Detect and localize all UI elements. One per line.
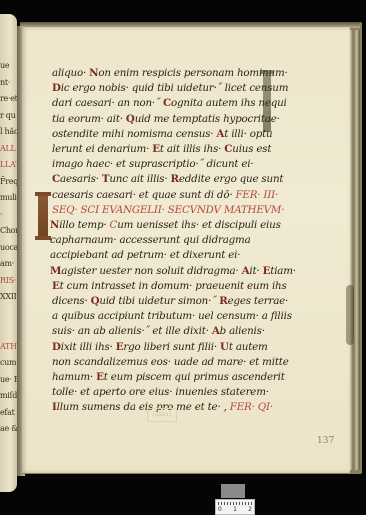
capital-letter: E xyxy=(152,143,160,155)
text-run: it· xyxy=(249,265,262,277)
text-run: suis· an ab alienis·˝ et ille dixit· xyxy=(52,325,212,337)
facing-page-fragment: cum xyxy=(0,359,16,367)
decorated-initial-left xyxy=(38,192,48,240)
facing-page-fragment: miſd xyxy=(0,392,17,400)
capital-letter: D xyxy=(52,82,61,94)
manuscript-line: Dixit illi ihs· Ergo liberi sunt filii· … xyxy=(52,340,268,354)
text-run: tia eorum· ait· xyxy=(52,113,126,125)
facing-page-fragment: · xyxy=(0,211,2,219)
facing-page-fragment: r qu xyxy=(0,112,15,120)
manuscript-line: ostendite mihi nomisma census· At illi· … xyxy=(52,127,272,141)
text-run: aesaris· xyxy=(60,173,102,185)
text-run: unc ait illis· xyxy=(109,173,170,185)
manuscript-line: Nillo temp· Cum uenisset ihs· et discipu… xyxy=(50,218,281,232)
ruler-label: 2 xyxy=(248,506,252,513)
ruler-labels: 0 1 2 xyxy=(218,506,252,513)
facing-page-fragment: Chor xyxy=(0,227,17,235)
text-run: accipiebant ad petrum· et dixerunt ei· xyxy=(50,249,240,261)
manuscript-line: accipiebant ad petrum· et dixerunt ei· xyxy=(50,248,240,262)
ruler-label: 1 xyxy=(233,506,237,513)
facing-page-verso: uent·re·etr qul hăcALLLLATF̄reqmulit·Cho… xyxy=(0,14,17,492)
text-run: aliquo· xyxy=(52,67,89,79)
capital-letter: N xyxy=(50,219,59,231)
manuscript-line: tia eorum· ait· Quid me temptatis hypocr… xyxy=(52,112,280,126)
text-run: hamum· xyxy=(52,371,96,383)
text-run: t ait illis ihs· xyxy=(160,143,224,155)
facing-page-fragment: ATHEV xyxy=(0,343,17,351)
text-run: b alienis· xyxy=(220,325,265,337)
text-run: rgo liberi sunt filii· xyxy=(123,341,220,353)
text-run: eddite ergo que sunt xyxy=(179,173,283,185)
capital-letter: N xyxy=(89,67,98,79)
text-run: a quibus accipiunt tributum· uel censum·… xyxy=(52,310,292,322)
rubric-text: FER· QI· xyxy=(230,401,273,413)
text-run: lerunt ei denarium· xyxy=(52,143,152,155)
text-run: capharnaum· accesserunt qui didragma xyxy=(50,234,251,246)
manuscript-line: suis· an ab alienis·˝ et ille dixit· Ab … xyxy=(52,324,265,338)
capital-letter: R xyxy=(219,295,227,307)
facing-page-fragment: am· xyxy=(0,260,14,268)
capital-letter: D xyxy=(52,341,61,353)
scale-ruler: 0 1 2 xyxy=(215,499,255,515)
manuscript-line: lerunt ei denarium· Et ait illis ihs· Cu… xyxy=(52,142,271,156)
text-run: ixit illi ihs· xyxy=(61,341,116,353)
text-run: dicens· xyxy=(52,295,91,307)
text-run: tolle· et aperto ore eius· inuenies stat… xyxy=(52,386,269,398)
capital-letter: U xyxy=(220,341,229,353)
capital-letter: Q xyxy=(126,113,135,125)
facing-page-fragment: LLAT xyxy=(0,161,17,169)
facing-page-fragment: XXIII xyxy=(0,293,17,301)
text-run: t illi· optu xyxy=(224,128,272,140)
grey-color-card xyxy=(221,484,245,498)
capital-letter: M xyxy=(50,265,61,277)
capital-letter: A xyxy=(212,325,220,337)
facing-page-fragment: nt· xyxy=(0,79,10,87)
text-run: caesaris caesari· et quae sunt di dō· xyxy=(52,189,235,201)
text-run: non scandalizemus eos· uade ad mare· et … xyxy=(52,356,289,368)
manuscript-line: imago haec· et suprascriptio·˝ dicunt ei… xyxy=(52,157,253,171)
manuscript-line: Et cum intrasset in domum· praeuenit eum… xyxy=(52,279,287,293)
facing-page-fragment: re·et xyxy=(0,95,17,103)
manuscript-line: capharnaum· accesserunt qui didragma xyxy=(50,233,251,247)
text-run: uid me temptatis hypocritae· xyxy=(135,113,280,125)
facing-page-fragment: l hăc xyxy=(0,128,17,136)
rubric-text: FER· III· xyxy=(235,189,278,201)
text-run: uius est xyxy=(232,143,271,155)
facing-page-fragment: uocae xyxy=(0,244,17,252)
capital-letter: R xyxy=(171,173,179,185)
text-run: llum sumens da eis pro me et te· , xyxy=(57,401,230,413)
ruler-label: 0 xyxy=(218,506,222,513)
manuscript-line: dari caesari· an non·˝ Cognita autem ihs… xyxy=(52,96,287,110)
page-fore-edge xyxy=(350,30,360,470)
text-run: on enim respicis personam hominum· xyxy=(98,67,287,79)
folio-number: 137 xyxy=(317,436,334,446)
facing-page-fragment: efat xyxy=(0,409,14,417)
manuscript-line: a quibus accipiunt tributum· uel censum·… xyxy=(52,309,292,323)
manuscript-line: Dic ergo nobis· quid tibi uidetur·˝ lice… xyxy=(52,81,288,95)
text-run: agister uester non soluit didragma· xyxy=(61,265,241,277)
text-run: dari caesari· an non·˝ xyxy=(52,97,163,109)
ruler-ticks xyxy=(218,502,252,505)
facing-page-fragment: F̄req xyxy=(0,178,17,186)
manuscript-line: Caesaris· Tunc ait illis· Reddite ergo q… xyxy=(52,172,283,186)
capital-letter: E xyxy=(52,280,60,292)
margin-stain xyxy=(346,285,354,345)
facing-page-fragment: mulit xyxy=(0,194,17,202)
manuscript-line: aliquo· Non enim respicis personam homin… xyxy=(52,66,288,80)
text-run: um uenisset ihs· et discipuli eius xyxy=(117,219,280,231)
manuscript-line: tolle· et aperto ore eius· inuenies stat… xyxy=(52,385,269,399)
text-run: t autem xyxy=(229,341,268,353)
facing-page-fragment: ALL xyxy=(0,145,16,153)
text-run: illo temp· xyxy=(59,219,109,231)
facing-page-fragment: ue· Et xyxy=(0,376,17,384)
text-run: ic ergo nobis· quid tibi uidetur·˝ licet… xyxy=(61,82,289,94)
manuscript-line: SEQ· SCI EVANGELII· SECVNDV MATHEVM· xyxy=(52,203,284,217)
text-run: ostendite mihi nomisma census· xyxy=(52,128,216,140)
text-run: ognita autem ihs nequi xyxy=(171,97,287,109)
text-run: t eum piscem qui primus ascenderit xyxy=(104,371,285,383)
capital-letter: E xyxy=(96,371,104,383)
text-run: imago haec· et suprascriptio·˝ dicunt ei… xyxy=(52,158,253,170)
manuscript-line: non scandalizemus eos· uade ad mare· et … xyxy=(52,355,289,369)
text-run: tiam· xyxy=(270,265,296,277)
text-run: t cum intrasset in domum· praeuenit eum … xyxy=(60,280,287,292)
facing-page-fragment: ue xyxy=(0,62,9,70)
library-stamp: [xxxx] xyxy=(147,408,177,422)
rubric-text: SEQ· SCI EVANGELII· SECVNDV MATHEVM· xyxy=(52,204,284,216)
facing-page-fragment: ae & xyxy=(0,425,17,433)
manuscript-line: hamum· Et eum piscem qui primus ascender… xyxy=(52,370,285,384)
facing-page-fragment: RIS· xyxy=(0,277,16,285)
manuscript-line: Magister uester non soluit didragma· Ait… xyxy=(50,264,296,278)
text-run: uid tibi uidetur simon·˝ xyxy=(99,295,219,307)
text-run: eges terrae· xyxy=(228,295,289,307)
manuscript-line: dicens· Quid tibi uidetur simon·˝ Reges … xyxy=(52,294,288,308)
capital-letter: C xyxy=(163,97,171,109)
capital-letter: C xyxy=(52,173,60,185)
manuscript-line: caesaris caesari· et quae sunt di dō· FE… xyxy=(52,188,278,202)
